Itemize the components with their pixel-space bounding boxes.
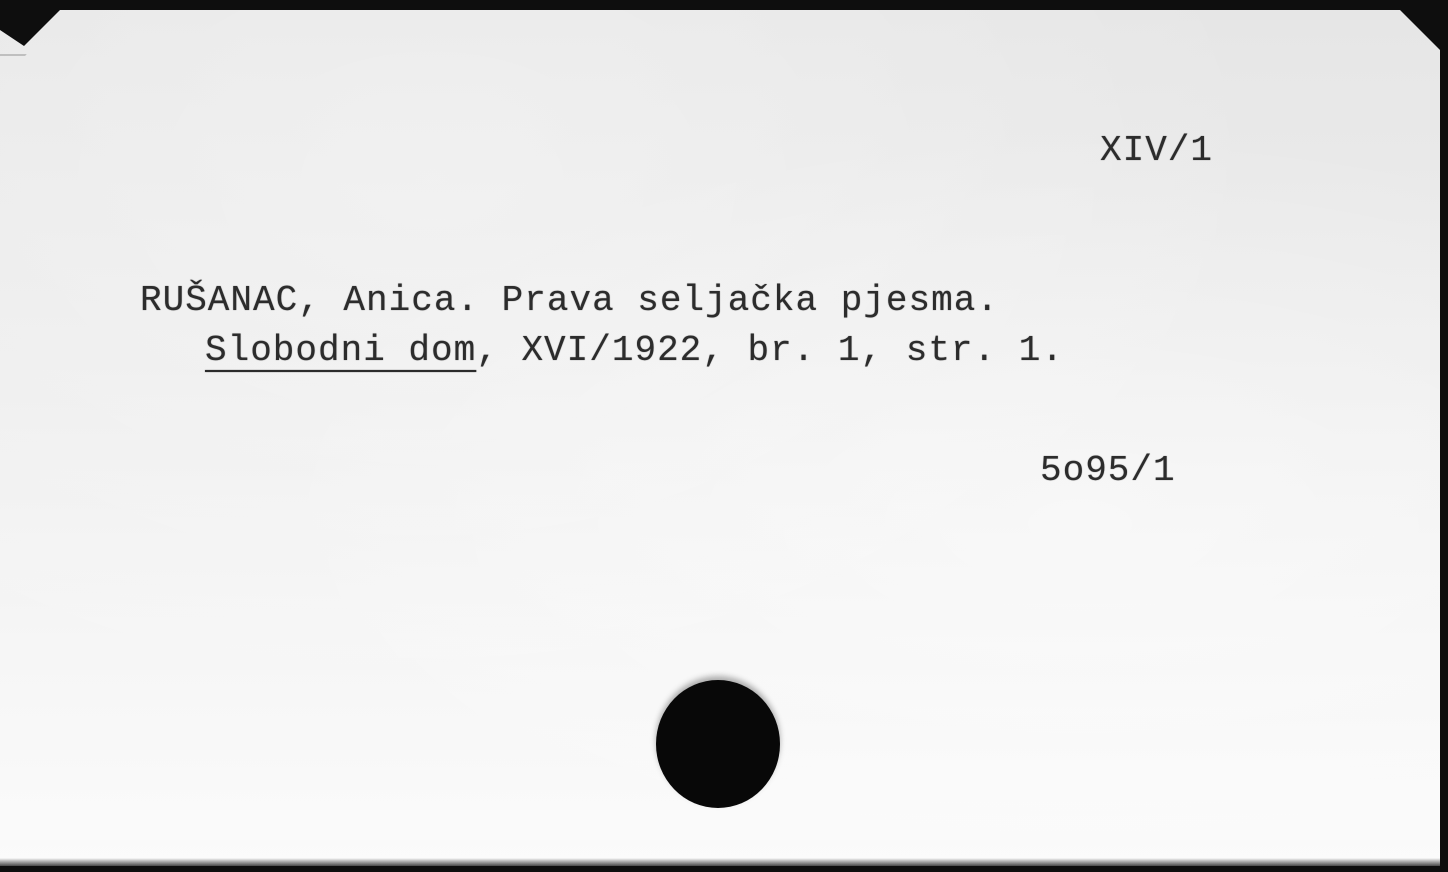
citation-details: , XVI/1922, br. 1, str. 1. [476, 330, 1064, 371]
shelf-mark: XIV/1 [1100, 130, 1213, 171]
work-title: Prava seljačka pjesma. [502, 280, 999, 321]
entry-line-2: Slobodni dom, XVI/1922, br. 1, str. 1. [205, 330, 1064, 371]
punch-hole [656, 680, 780, 808]
journal-title: Slobodni dom [205, 330, 476, 371]
entry-line-1: RUŠANAC, Anica. Prava seljačka pjesma. [140, 280, 999, 321]
catalog-card: XIV/1 RUŠANAC, Anica. Prava seljačka pje… [0, 10, 1440, 866]
call-number: 5o95/1 [1040, 450, 1176, 491]
folded-corner-edge [0, 12, 62, 56]
author: RUŠANAC, Anica. [140, 280, 479, 321]
scan-background: XIV/1 RUŠANAC, Anica. Prava seljačka pje… [0, 0, 1448, 872]
card-bottom-edge [0, 858, 1440, 866]
